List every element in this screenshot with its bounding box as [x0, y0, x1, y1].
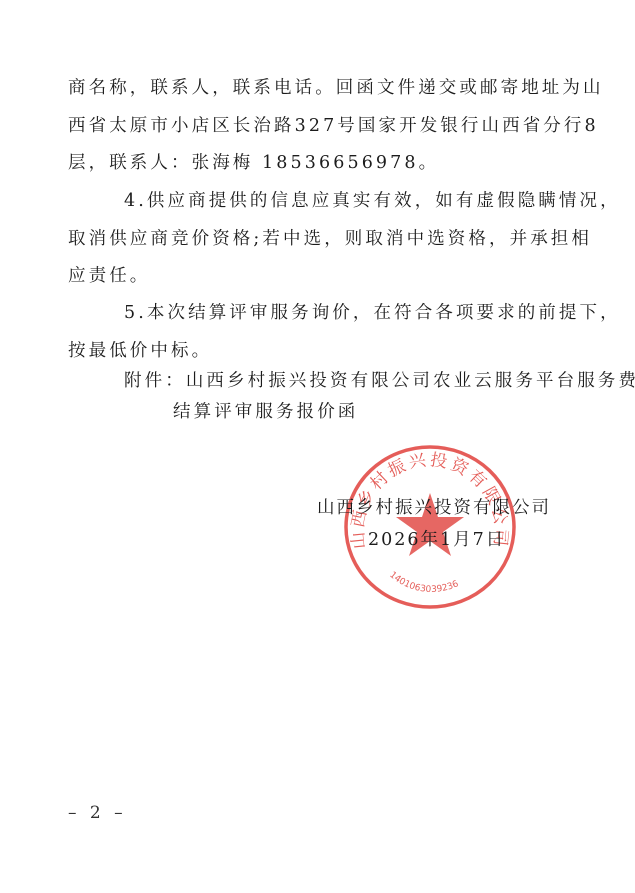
paragraph-line: 层，联系人：张海梅 18536656978。	[68, 152, 439, 174]
item-5-line: 5.本次结算评审服务询价，在符合各项要求的前提下，	[124, 302, 621, 324]
signature-company: 山西乡村振兴投资有限公司	[317, 497, 551, 519]
page-number: – 2 –	[68, 803, 127, 823]
attachment-line: 附件：山西乡村振兴投资有限公司农业云服务平台服务费	[124, 370, 635, 392]
paragraph-line: 西省太原市小店区长治路327号国家开发银行山西省分行8	[68, 115, 599, 137]
paragraph-line: 商名称，联系人，联系电话。回函文件递交或邮寄地址为山	[68, 77, 604, 99]
item-5-line: 按最低价中标。	[68, 340, 212, 362]
attachment-label: 附件：	[124, 371, 186, 391]
svg-text:1401063039236: 1401063039236	[387, 570, 460, 595]
company-seal-icon: 山西乡村振兴投资有限公司 1401063039236	[340, 443, 518, 611]
attachment-title: 山西乡村振兴投资有限公司农业云服务平台服务费	[186, 371, 635, 391]
item-4-line: 应责任。	[68, 265, 150, 287]
item-4-line: 4.供应商提供的信息应真实有效，如有虚假隐瞒情况，	[124, 190, 621, 212]
signature-date: 2026年1月7日	[368, 529, 505, 551]
attachment-title-continued: 结算评审服务报价函	[173, 401, 358, 423]
item-4-line: 取消供应商竞价资格;若中选，则取消中选资格，并承担相	[68, 228, 592, 250]
